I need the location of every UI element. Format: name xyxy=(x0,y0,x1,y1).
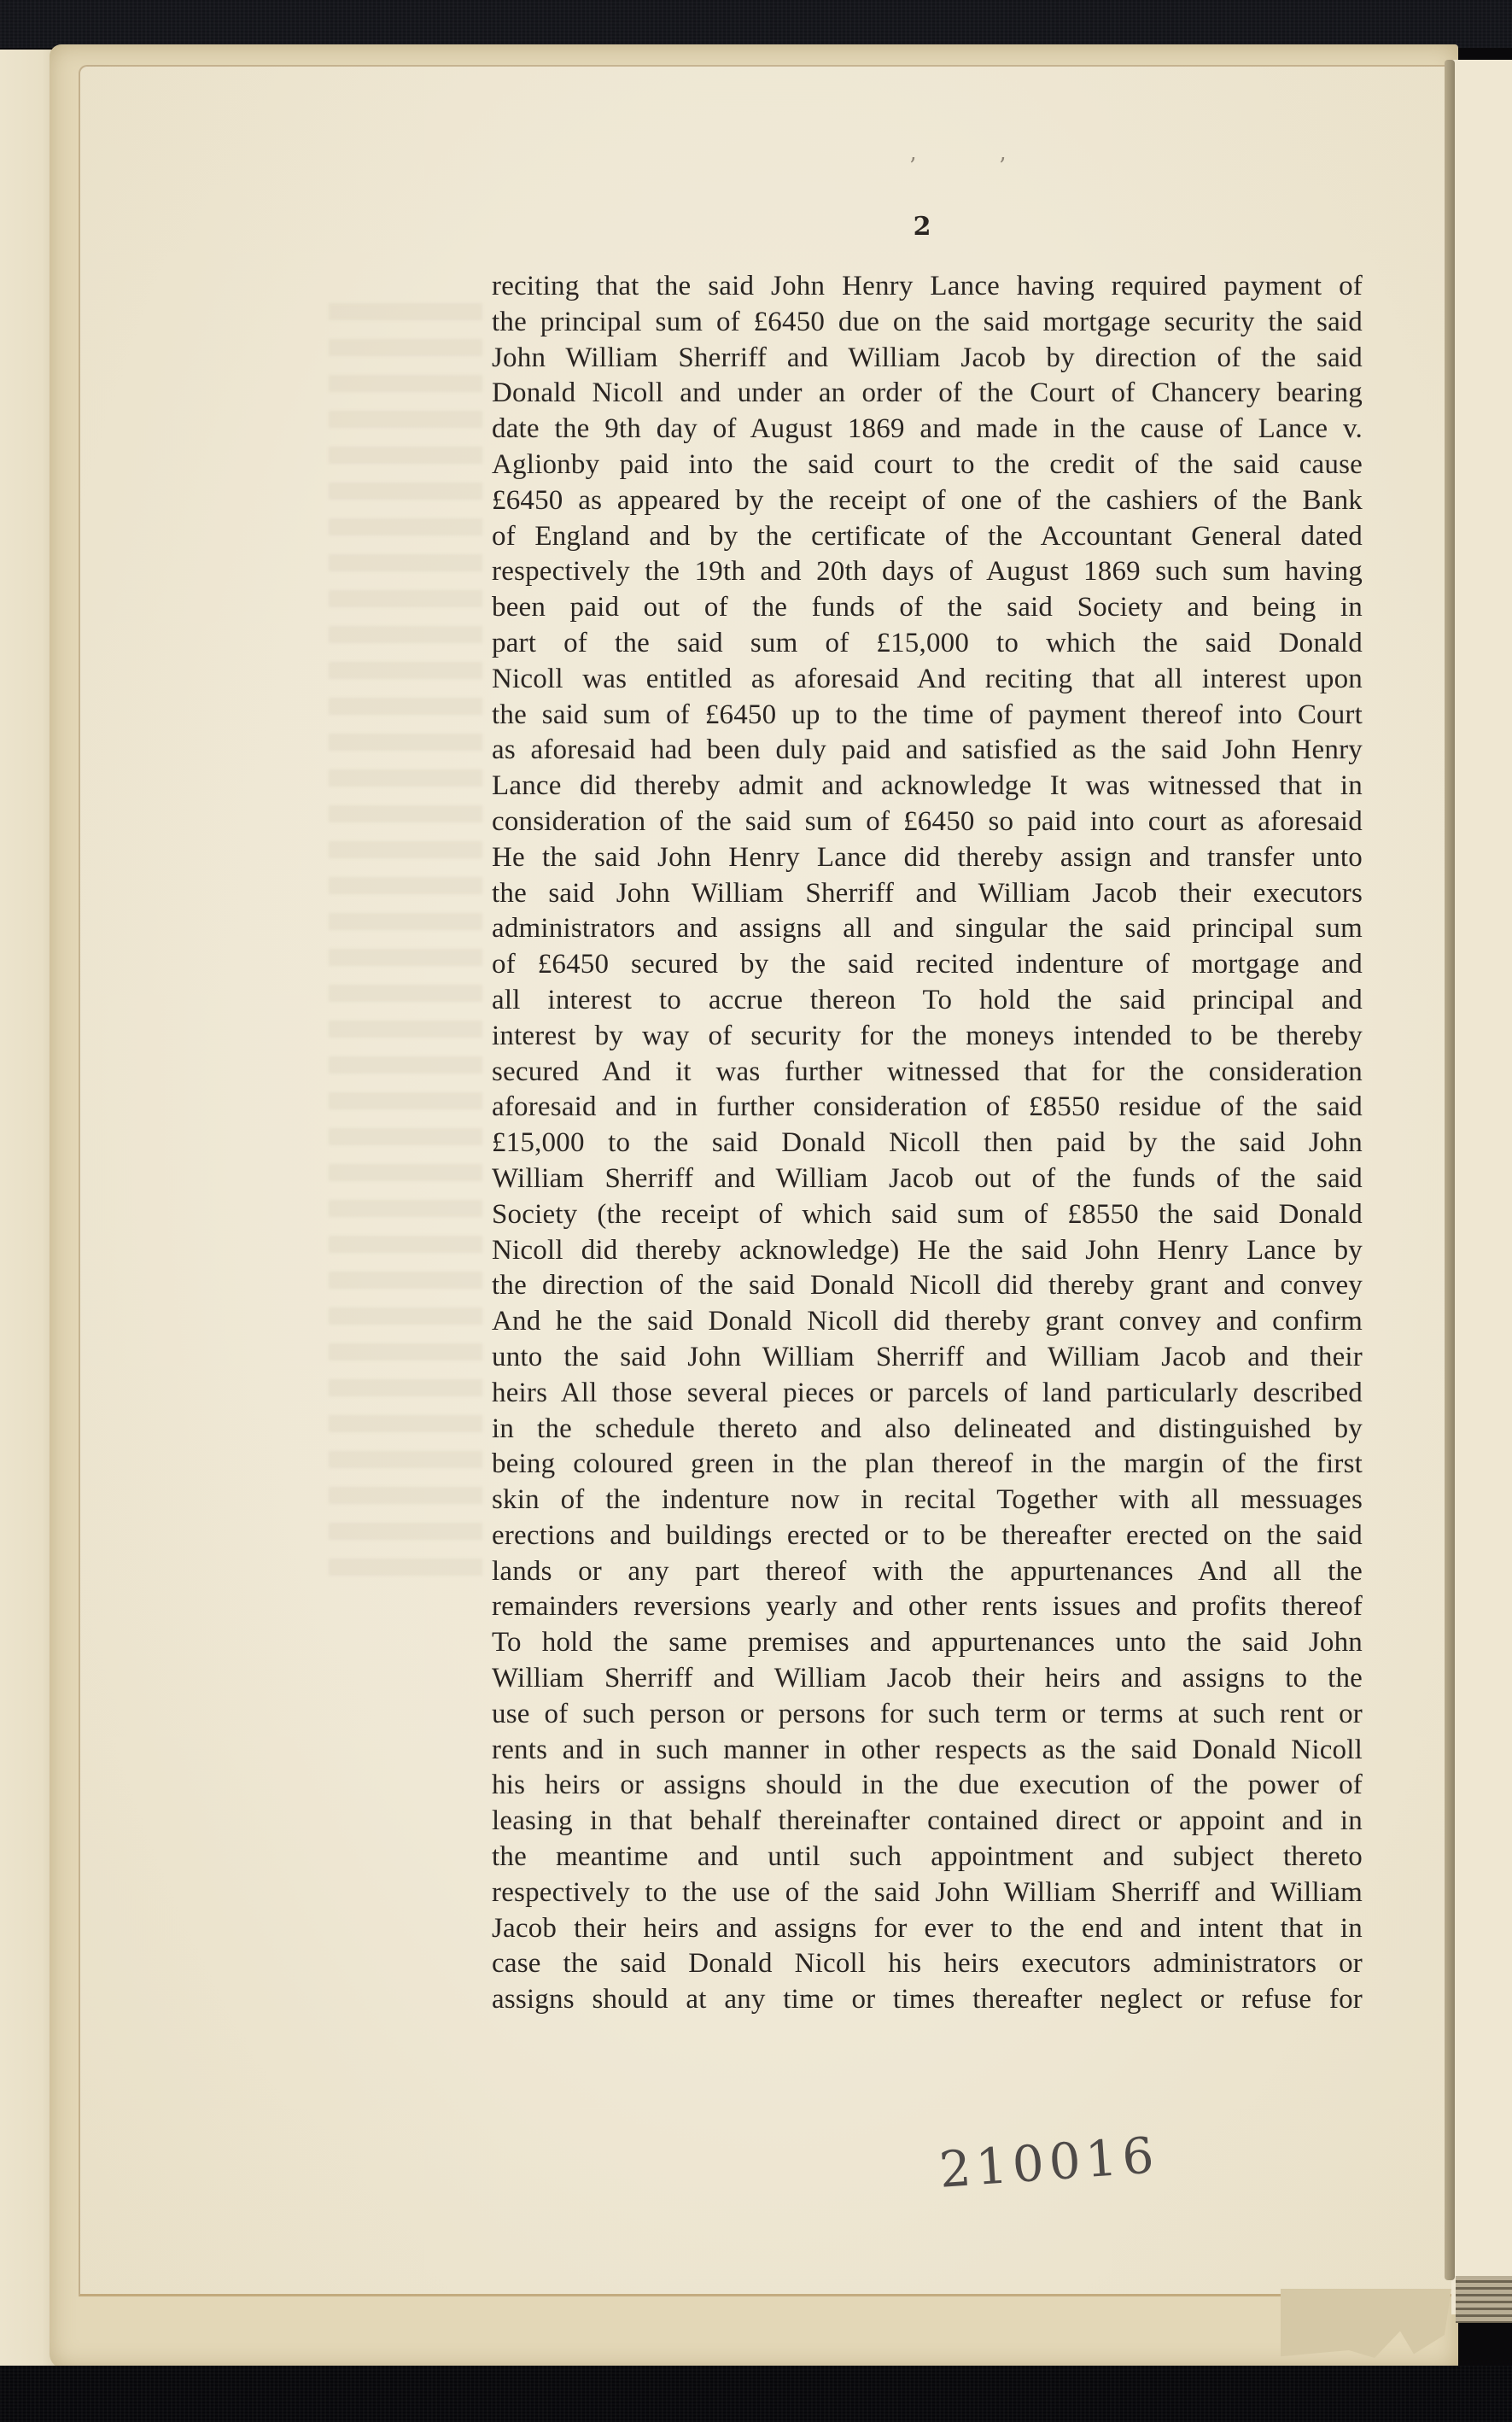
text-line: unto the said John William Sherriff and … xyxy=(492,1340,1363,1376)
text-line: consideration of the said sum of £6450 s… xyxy=(492,804,1363,840)
text-line: as aforesaid had been duly paid and sati… xyxy=(492,733,1363,769)
text-line: £6450 as appeared by the receipt of one … xyxy=(492,483,1363,519)
text-line: use of such person or persons for such t… xyxy=(492,1697,1363,1733)
text-line: interest by way of security for the mone… xyxy=(492,1019,1363,1055)
text-line: Nicoll did thereby acknowledge) He the s… xyxy=(492,1233,1363,1269)
text-line: part of the said sum of £15,000 to which… xyxy=(492,626,1363,662)
text-line: leasing in that behalf thereinafter cont… xyxy=(492,1804,1363,1840)
text-line: assigns should at any time or times ther… xyxy=(492,1982,1363,2018)
text-line: Donald Nicoll and under an order of the … xyxy=(492,376,1363,412)
text-line: reciting that the said John Henry Lance … xyxy=(492,269,1363,305)
following-leaf xyxy=(1451,60,1512,2314)
page-number: 2 xyxy=(0,212,1512,242)
scanned-page: ’ ’ 2 reciting that the said John Henry … xyxy=(0,0,1512,2422)
text-line: skin of the indenture now in recital Tog… xyxy=(492,1483,1363,1518)
text-line: To hold the same premises and appurtenan… xyxy=(492,1625,1363,1661)
text-line: Society (the receipt of which said sum o… xyxy=(492,1197,1363,1233)
ink-smudge-mark: ’ xyxy=(999,154,1006,179)
text-line: case the said Donald Nicoll his heirs ex… xyxy=(492,1946,1363,1982)
text-line: in the schedule thereto and also delinea… xyxy=(492,1412,1363,1448)
bleed-through-text xyxy=(329,303,482,1584)
text-line: heirs All those several pieces or parcel… xyxy=(492,1376,1363,1412)
page-gutter-shadow xyxy=(1445,60,1455,2280)
text-line: the said sum of £6450 up to the time of … xyxy=(492,698,1363,734)
text-line: been paid out of the funds of the said S… xyxy=(492,590,1363,626)
text-line: of England and by the certificate of the… xyxy=(492,519,1363,555)
text-line: He the said John Henry Lance did thereby… xyxy=(492,840,1363,876)
text-line: lands or any part thereof with the appur… xyxy=(492,1554,1363,1590)
text-line: of £6450 secured by the said recited ind… xyxy=(492,947,1363,983)
page-stack-edge xyxy=(1456,2276,1512,2323)
text-line: the principal sum of £6450 due on the sa… xyxy=(492,305,1363,341)
text-line: the direction of the said Donald Nicoll … xyxy=(492,1268,1363,1304)
text-line: date the 9th day of August 1869 and made… xyxy=(492,412,1363,448)
body-text: reciting that the said John Henry Lance … xyxy=(492,269,1363,2018)
text-line: respectively the 19th and 20th days of A… xyxy=(492,554,1363,590)
text-line: aforesaid and in further consideration o… xyxy=(492,1090,1363,1126)
text-line: administrators and assigns all and singu… xyxy=(492,911,1363,947)
text-line: John William Sherriff and William Jacob … xyxy=(492,341,1363,377)
text-line: secured And it was further witnessed tha… xyxy=(492,1055,1363,1091)
text-line: And he the said Donald Nicoll did thereb… xyxy=(492,1304,1363,1340)
ink-smudge-mark: ’ xyxy=(909,154,916,179)
text-line: the said John William Sherriff and Willi… xyxy=(492,876,1363,912)
text-line: William Sherriff and William Jacob their… xyxy=(492,1661,1363,1697)
text-line: the meantime and until such appointment … xyxy=(492,1840,1363,1875)
text-line: Aglionby paid into the said court to the… xyxy=(492,448,1363,483)
text-line: his heirs or assigns should in the due e… xyxy=(492,1768,1363,1804)
text-line: Lance did thereby admit and acknowledge … xyxy=(492,769,1363,804)
text-line: erections and buildings erected or to be… xyxy=(492,1518,1363,1554)
text-line: remainders reversions yearly and other r… xyxy=(492,1589,1363,1625)
text-line: respectively to the use of the said John… xyxy=(492,1875,1363,1911)
text-line: Nicoll was entitled as aforesaid And rec… xyxy=(492,662,1363,698)
text-line: all interest to accrue thereon To hold t… xyxy=(492,983,1363,1019)
text-line: rents and in such manner in other respec… xyxy=(492,1733,1363,1769)
book-binding-bottom xyxy=(0,2366,1512,2422)
text-line: Jacob their heirs and assigns for ever t… xyxy=(492,1911,1363,1947)
text-line: William Sherriff and William Jacob out o… xyxy=(492,1161,1363,1197)
text-line: being coloured green in the plan thereof… xyxy=(492,1447,1363,1483)
text-line: £15,000 to the said Donald Nicoll then p… xyxy=(492,1126,1363,1161)
book-binding-top xyxy=(0,0,1512,48)
